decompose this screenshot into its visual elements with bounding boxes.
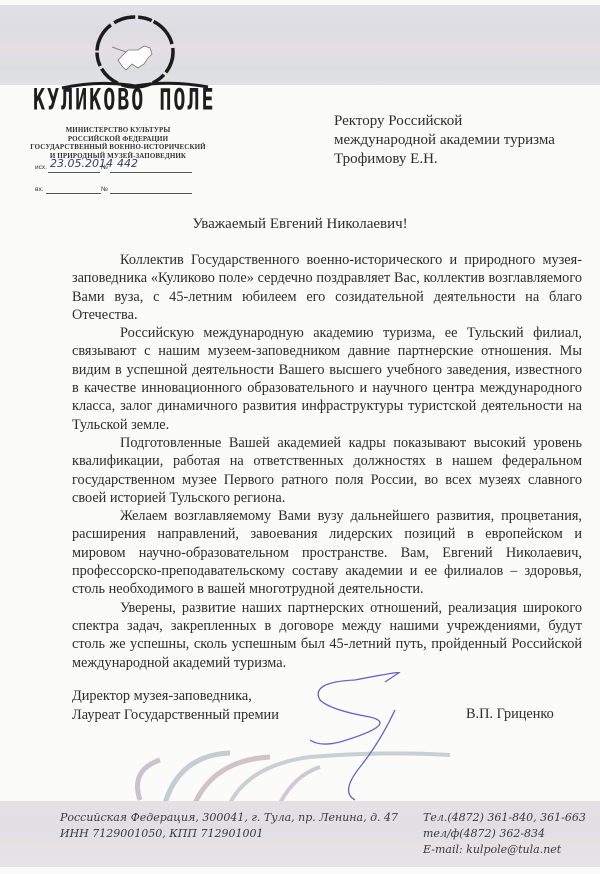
body-paragraph: Российскую международную академию туризм… (72, 324, 582, 434)
logo-wordmark: КУЛИКОВО ПОЛЕ (33, 82, 216, 117)
outgoing-label: исх. (35, 164, 47, 171)
recipient-line: Ректору Российской (334, 112, 555, 131)
outgoing-number: 442 (117, 157, 138, 170)
footer-fax: тел/ф(4872) 362-834 (423, 826, 586, 842)
outgoing-number-label: № (101, 164, 108, 171)
signatory-title: Директор музея-заповедника, Лауреат Госу… (72, 687, 279, 724)
footer-email: E-mail: kulpole@tula.net (423, 842, 586, 858)
ministry-line: ГОСУДАРСТВЕННЫЙ ВОЕННО-ИСТОРИЧЕСКИЙ (28, 143, 208, 152)
footer-address: Российская Федерация, 300041, г. Тула, п… (60, 810, 398, 842)
body-paragraph: Коллектив Государственного военно-истори… (72, 251, 582, 324)
signatory-name: В.П. Гриценко (466, 706, 554, 723)
recipient-line: международной академии туризма (334, 131, 555, 150)
ministry-line: МИНИСТЕРСТВО КУЛЬТУРЫ (28, 126, 208, 135)
signatory-title-line: Лауреат Государственный премии (72, 706, 279, 725)
incoming-number-line (110, 193, 192, 194)
signatory-title-line: Директор музея-заповедника, (72, 687, 279, 706)
incoming-date-line (46, 193, 101, 194)
director-signature-icon (300, 672, 480, 802)
footer-address-line: Российская Федерация, 300041, г. Тула, п… (60, 810, 398, 826)
footer-phone: Тел.(4872) 361-840, 361-663 (423, 810, 586, 826)
body-paragraph: Уверены, развитие наших партнерских отно… (72, 599, 582, 672)
outgoing-date-line (48, 172, 100, 173)
footer-tax-line: ИНН 7129001050, КПП 712901001 (60, 826, 398, 842)
greeting: Уважаемый Евгений Николаевич! (0, 216, 600, 233)
ministry-line: РОССИЙСКОЙ ФЕДЕРАЦИИ (28, 135, 208, 144)
ministry-block: МИНИСТЕРСТВО КУЛЬТУРЫ РОССИЙСКОЙ ФЕДЕРАЦ… (28, 126, 208, 160)
footer-contacts: Тел.(4872) 361-840, 361-663 тел/ф(4872) … (423, 810, 586, 858)
outgoing-number-line (110, 172, 192, 173)
body-paragraph: Подготовленные Вашей академией кадры пок… (72, 434, 582, 507)
recipient-block: Ректору Российской международной академи… (334, 112, 555, 169)
body-paragraph: Желаем возглавляемому Вами вузу дальнейш… (72, 507, 582, 598)
letter-body: Коллектив Государственного военно-истори… (72, 251, 582, 672)
incoming-number-label: № (101, 186, 108, 193)
incoming-label: вх. (35, 186, 44, 193)
recipient-line: Трофимову Е.Н. (334, 150, 555, 169)
